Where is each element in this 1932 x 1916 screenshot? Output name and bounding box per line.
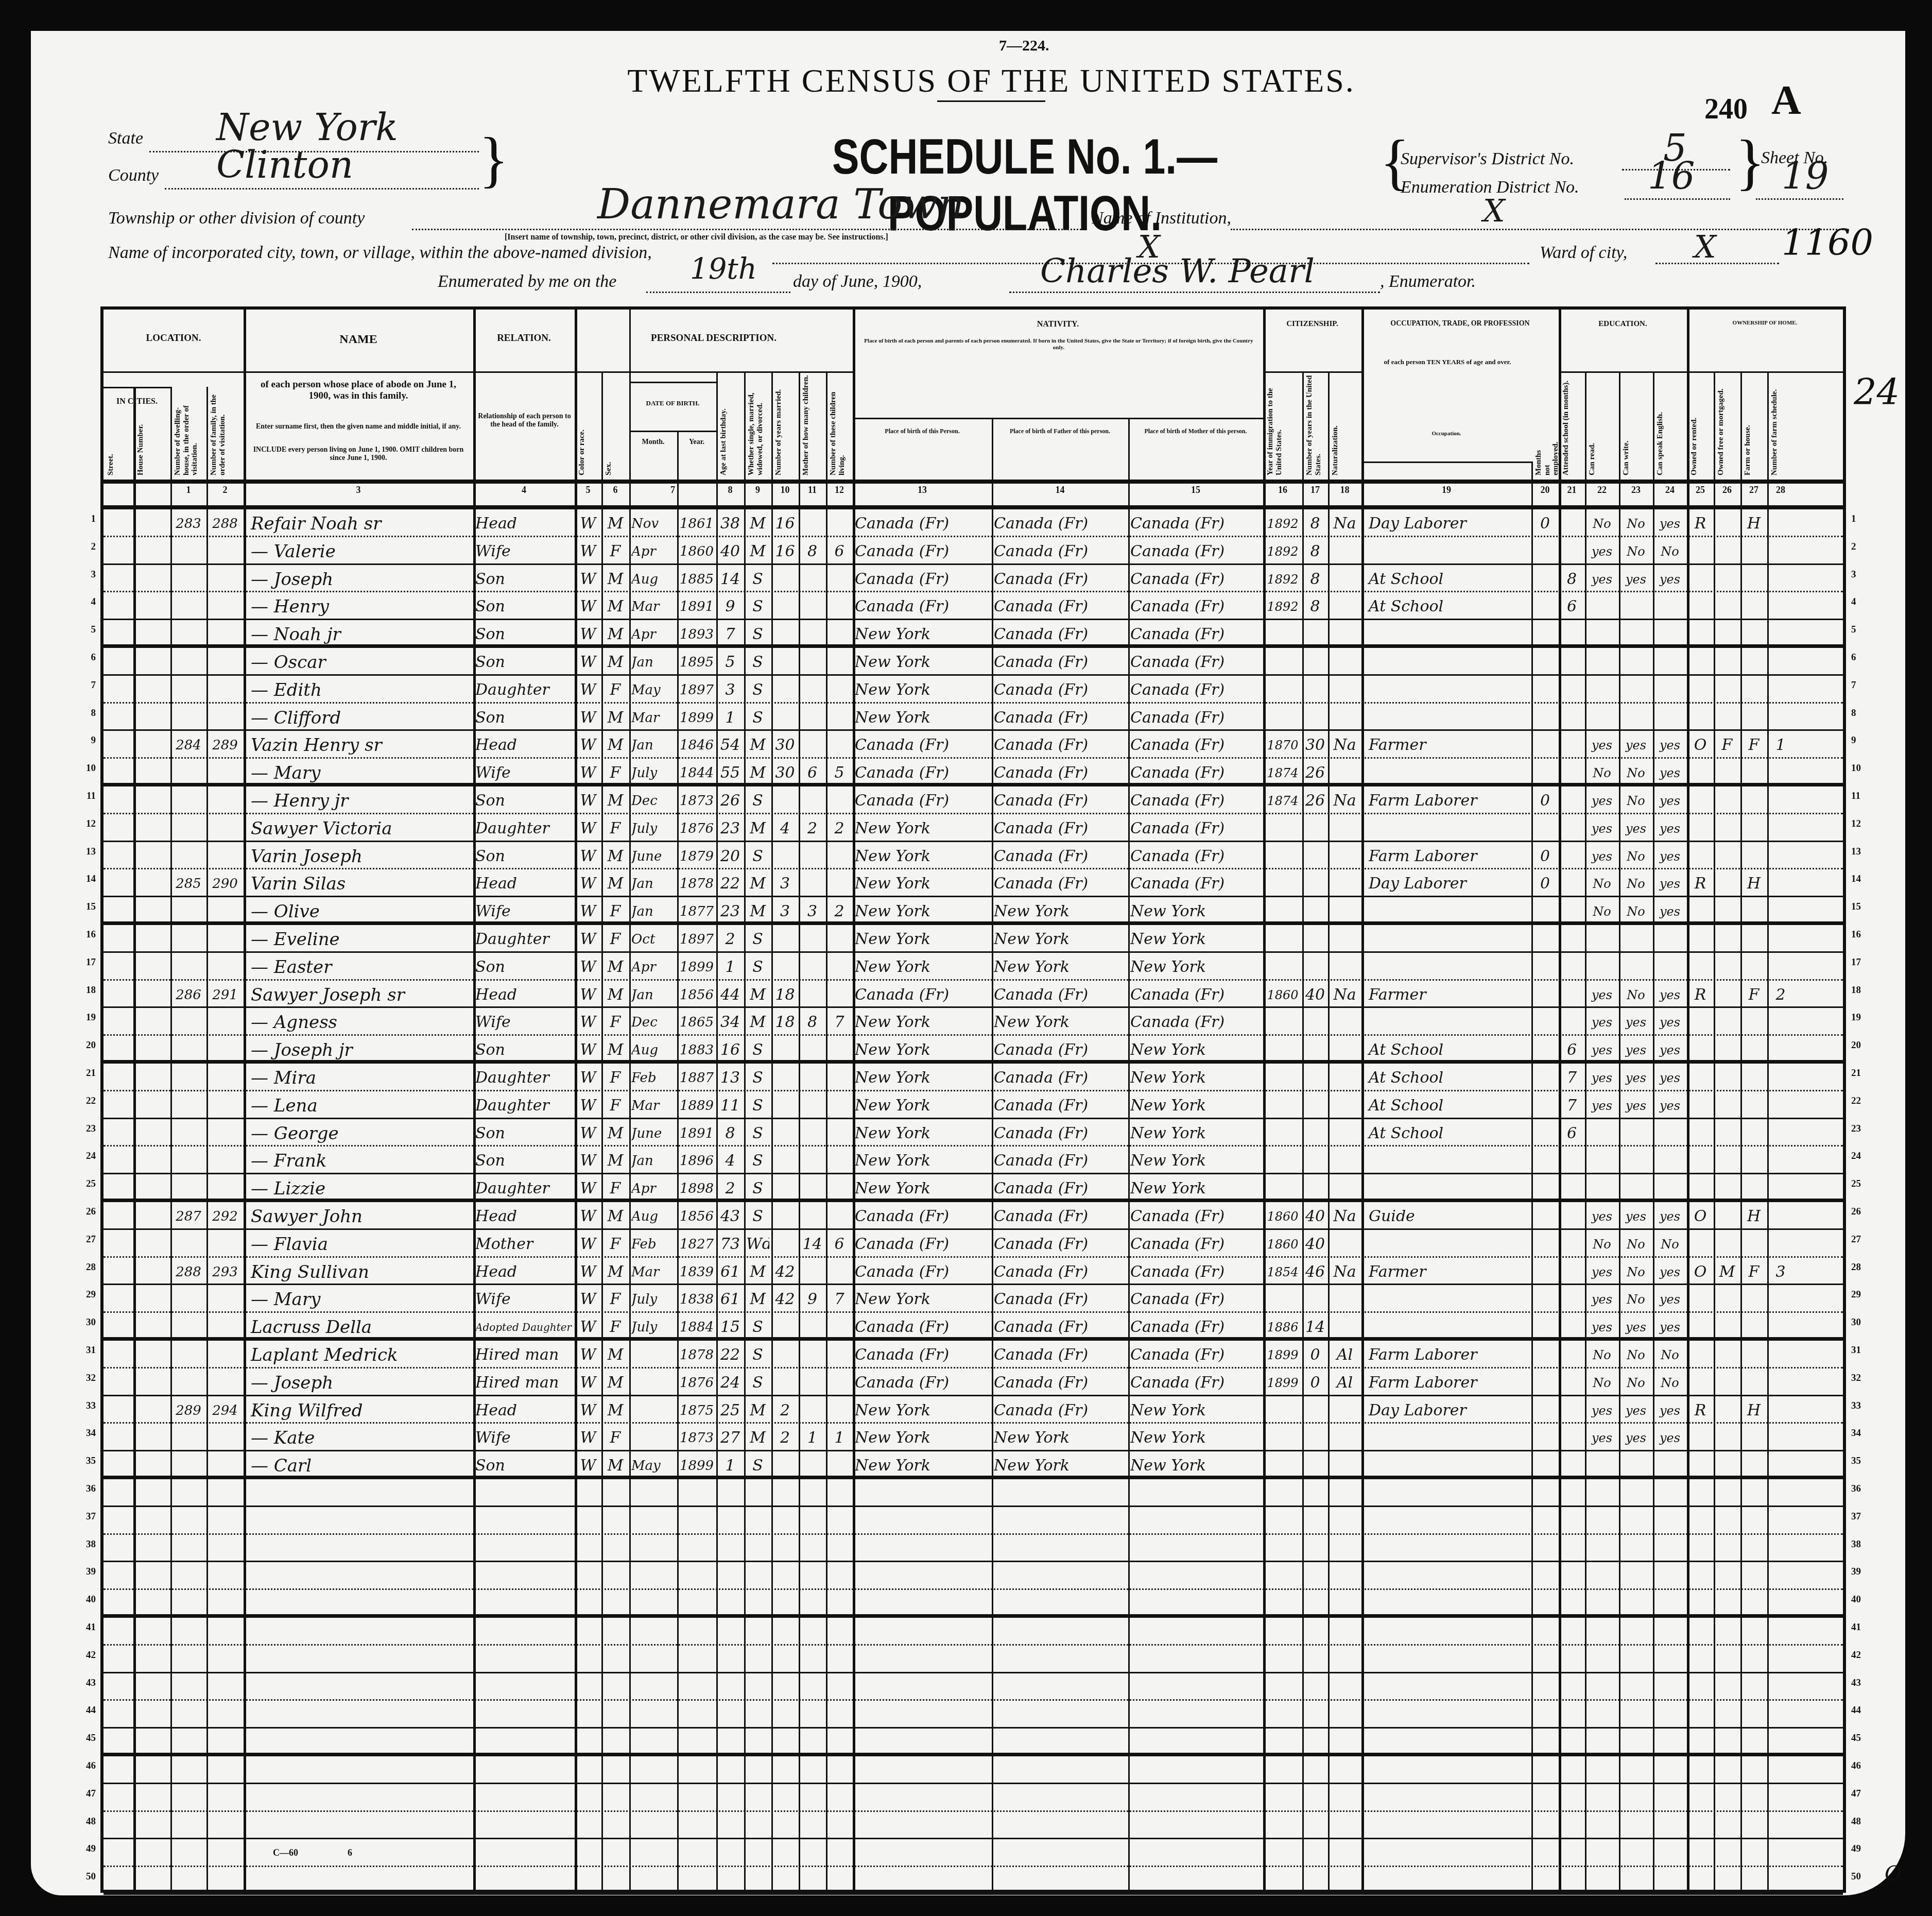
cell-pobm[interactable]: Canada (Fr) (1130, 1344, 1261, 1366)
cell-age[interactable]: 3 (718, 679, 742, 702)
cell-fm[interactable] (1716, 1316, 1738, 1339)
cell-age[interactable]: 1 (718, 1455, 742, 1477)
cell-fh[interactable]: H (1743, 1399, 1765, 1422)
cell-eng[interactable]: yes (1655, 845, 1685, 868)
cell-fam[interactable] (209, 1094, 242, 1117)
cell-yus[interactable] (1304, 1011, 1326, 1034)
cell-ym[interactable]: 3 (773, 873, 797, 895)
cell-cl[interactable]: 2 (828, 900, 851, 923)
cell-mo[interactable] (631, 1344, 675, 1366)
cell-col[interactable]: W (577, 595, 599, 618)
cell-fs[interactable] (1769, 1316, 1792, 1339)
cell-read[interactable] (1587, 1177, 1617, 1200)
cell-sch[interactable]: 7 (1561, 1094, 1583, 1117)
cell-read[interactable]: yes (1587, 845, 1617, 868)
cell-fm[interactable] (1716, 762, 1738, 784)
cell-fam[interactable]: 291 (209, 984, 242, 1006)
cell-yus[interactable]: 0 (1304, 1372, 1326, 1394)
cell-eng[interactable]: yes (1655, 1039, 1685, 1062)
cell-fm[interactable]: F (1716, 734, 1738, 757)
cell-age[interactable]: 54 (718, 734, 742, 757)
cell-col[interactable]: W (577, 1372, 599, 1394)
cell-occ[interactable]: Farm Laborer (1364, 1344, 1534, 1366)
cell-pob[interactable]: New York (855, 956, 990, 979)
cell-ym[interactable]: 3 (773, 900, 797, 923)
cell-dw[interactable] (173, 845, 204, 868)
cell-imm[interactable]: 1892 (1265, 512, 1300, 535)
cell-unemp[interactable] (1533, 707, 1557, 729)
cell-fam[interactable] (209, 651, 242, 674)
cell-rel[interactable]: Daughter (475, 928, 573, 951)
cell-sch[interactable] (1561, 1372, 1583, 1394)
cell-write[interactable]: yes (1621, 1094, 1651, 1117)
cell-cl[interactable]: 5 (828, 762, 851, 784)
cell-dw[interactable]: 283 (173, 512, 204, 535)
cell-nat[interactable]: Na (1330, 734, 1359, 757)
cell-ms[interactable]: S (746, 1039, 769, 1062)
cell-own[interactable] (1689, 928, 1712, 951)
cell-fs[interactable] (1769, 595, 1792, 618)
cell-fam[interactable] (209, 762, 242, 784)
cell-ym[interactable]: 16 (773, 512, 797, 535)
cell-cl[interactable] (828, 790, 851, 812)
cell-ms[interactable]: S (746, 595, 769, 618)
cell-pobf[interactable]: Canada (Fr) (994, 1177, 1126, 1200)
cell-fam[interactable] (209, 1372, 242, 1394)
cell-age[interactable]: 73 (718, 1233, 742, 1256)
cell-eng[interactable]: yes (1655, 568, 1685, 591)
cell-pobf[interactable]: Canada (Fr) (994, 1372, 1126, 1394)
cell-fam[interactable] (209, 1067, 242, 1089)
cell-fh[interactable] (1743, 817, 1765, 840)
cell-pobm[interactable]: New York (1130, 956, 1261, 979)
cell-own[interactable] (1689, 790, 1712, 812)
cell-ch[interactable] (801, 651, 824, 674)
cell-sex[interactable]: F (603, 1094, 627, 1117)
cell-fh[interactable] (1743, 1039, 1765, 1062)
cell-ch[interactable] (801, 707, 824, 729)
cell-yr[interactable]: 1860 (679, 540, 714, 563)
cell-pobf[interactable]: Canada (Fr) (994, 540, 1126, 563)
cell-dw[interactable] (173, 1011, 204, 1034)
cell-pobm[interactable]: Canada (Fr) (1130, 1261, 1261, 1284)
cell-unemp[interactable] (1533, 762, 1557, 784)
cell-write[interactable] (1621, 1177, 1651, 1200)
cell-pobm[interactable]: New York (1130, 1399, 1261, 1422)
cell-yus[interactable] (1304, 1399, 1326, 1422)
cell-read[interactable]: yes (1587, 1427, 1617, 1449)
cell-unemp[interactable] (1533, 623, 1557, 646)
cell-cl[interactable]: 2 (828, 817, 851, 840)
cell-read[interactable] (1587, 595, 1617, 618)
cell-occ[interactable] (1364, 1427, 1534, 1449)
cell-own[interactable] (1689, 1122, 1712, 1145)
cell-ym[interactable] (773, 595, 797, 618)
cell-ym[interactable]: 42 (773, 1288, 797, 1311)
cell-fam[interactable] (209, 1288, 242, 1311)
cell-sch[interactable] (1561, 1233, 1583, 1256)
cell-rel[interactable]: Wife (475, 1288, 573, 1311)
cell-nat[interactable] (1330, 1427, 1359, 1449)
cell-fm[interactable] (1716, 512, 1738, 535)
cell-mo[interactable]: July (631, 762, 675, 784)
cell-sex[interactable]: F (603, 928, 627, 951)
cell-pobm[interactable]: Canada (Fr) (1130, 1372, 1261, 1394)
cell-write[interactable]: No (1621, 845, 1651, 868)
cell-sch[interactable] (1561, 707, 1583, 729)
cell-imm[interactable] (1265, 1067, 1300, 1089)
cell-fs[interactable] (1769, 623, 1792, 646)
cell-col[interactable]: W (577, 900, 599, 923)
cell-sex[interactable]: M (603, 956, 627, 979)
cell-mo[interactable]: Apr (631, 540, 675, 563)
cell-pobf[interactable]: Canada (Fr) (994, 1316, 1126, 1339)
cell-sch[interactable]: 6 (1561, 595, 1583, 618)
cell-fs[interactable] (1769, 956, 1792, 979)
cell-eng[interactable]: No (1655, 1344, 1685, 1366)
cell-sex[interactable]: M (603, 873, 627, 895)
cell-rel[interactable]: Son (475, 1122, 573, 1145)
cell-occ[interactable] (1364, 1233, 1534, 1256)
cell-occ[interactable] (1364, 1177, 1534, 1200)
cell-fs[interactable] (1769, 540, 1792, 563)
cell-fam[interactable] (209, 956, 242, 979)
cell-nat[interactable] (1330, 845, 1359, 868)
cell-fh[interactable] (1743, 928, 1765, 951)
cell-sex[interactable]: M (603, 1122, 627, 1145)
cell-write[interactable] (1621, 1122, 1651, 1145)
cell-fs[interactable] (1769, 1455, 1792, 1477)
cell-dw[interactable] (173, 1177, 204, 1200)
cell-fm[interactable] (1716, 1150, 1738, 1172)
cell-write[interactable] (1621, 956, 1651, 979)
cell-fh[interactable] (1743, 1094, 1765, 1117)
cell-mo[interactable]: Jan (631, 651, 675, 674)
cell-yr[interactable]: 1876 (679, 1372, 714, 1394)
cell-age[interactable]: 22 (718, 1344, 742, 1366)
cell-fm[interactable] (1716, 1233, 1738, 1256)
cell-col[interactable]: W (577, 762, 599, 784)
cell-fam[interactable] (209, 1427, 242, 1449)
cell-pobf[interactable]: Canada (Fr) (994, 1150, 1126, 1172)
cell-mo[interactable]: Aug (631, 1205, 675, 1228)
cell-cl[interactable] (828, 1122, 851, 1145)
cell-fs[interactable] (1769, 568, 1792, 591)
cell-ym[interactable] (773, 928, 797, 951)
cell-own[interactable] (1689, 540, 1712, 563)
cell-age[interactable]: 22 (718, 873, 742, 895)
cell-write[interactable]: No (1621, 1233, 1651, 1256)
cell-own[interactable] (1689, 1288, 1712, 1311)
cell-sch[interactable] (1561, 1261, 1583, 1284)
cell-mo[interactable]: Jan (631, 900, 675, 923)
cell-write[interactable] (1621, 651, 1651, 674)
cell-pobf[interactable]: Canada (Fr) (994, 873, 1126, 895)
cell-ms[interactable]: S (746, 679, 769, 702)
cell-sex[interactable]: F (603, 1288, 627, 1311)
cell-rel[interactable]: Head (475, 1261, 573, 1284)
cell-dw[interactable]: 289 (173, 1399, 204, 1422)
cell-eng[interactable]: yes (1655, 817, 1685, 840)
cell-cl[interactable] (828, 595, 851, 618)
cell-imm[interactable] (1265, 1455, 1300, 1477)
cell-name[interactable]: — Clifford (246, 707, 476, 729)
cell-yus[interactable]: 46 (1304, 1261, 1326, 1284)
cell-pobf[interactable]: Canada (Fr) (994, 1205, 1126, 1228)
cell-ch[interactable] (801, 512, 824, 535)
cell-sex[interactable]: M (603, 1399, 627, 1422)
cell-yr[interactable]: 1895 (679, 651, 714, 674)
cell-fm[interactable] (1716, 595, 1738, 618)
cell-yr[interactable]: 1879 (679, 845, 714, 868)
cell-ym[interactable] (773, 1344, 797, 1366)
cell-col[interactable]: W (577, 845, 599, 868)
cell-unemp[interactable] (1533, 1233, 1557, 1256)
cell-own[interactable] (1689, 679, 1712, 702)
cell-fs[interactable] (1769, 1233, 1792, 1256)
cell-eng[interactable]: yes (1655, 1094, 1685, 1117)
cell-fm[interactable] (1716, 1205, 1738, 1228)
cell-occ[interactable] (1364, 679, 1534, 702)
cell-cl[interactable]: 1 (828, 1427, 851, 1449)
cell-read[interactable]: No (1587, 1233, 1617, 1256)
cell-write[interactable]: yes (1621, 1011, 1651, 1034)
cell-sex[interactable]: M (603, 1455, 627, 1477)
cell-rel[interactable]: Son (475, 623, 573, 646)
cell-ms[interactable]: S (746, 623, 769, 646)
cell-unemp[interactable] (1533, 651, 1557, 674)
cell-pobm[interactable]: Canada (Fr) (1130, 568, 1261, 591)
cell-age[interactable]: 1 (718, 956, 742, 979)
cell-age[interactable]: 7 (718, 623, 742, 646)
cell-pobf[interactable]: Canada (Fr) (994, 790, 1126, 812)
cell-sch[interactable] (1561, 1150, 1583, 1172)
cell-fs[interactable] (1769, 679, 1792, 702)
cell-sch[interactable] (1561, 900, 1583, 923)
cell-write[interactable]: yes (1621, 734, 1651, 757)
cell-cl[interactable] (828, 845, 851, 868)
cell-rel[interactable]: Daughter (475, 1067, 573, 1089)
cell-name[interactable]: Varin Silas (246, 873, 476, 895)
cell-pobf[interactable]: New York (994, 1455, 1126, 1477)
cell-ms[interactable]: M (746, 540, 769, 563)
cell-yr[interactable]: 1899 (679, 707, 714, 729)
cell-read[interactable] (1587, 1122, 1617, 1145)
cell-name[interactable]: Varin Joseph (246, 845, 476, 868)
cell-fam[interactable] (209, 1122, 242, 1145)
cell-col[interactable]: W (577, 1177, 599, 1200)
cell-fm[interactable] (1716, 1039, 1738, 1062)
cell-fam[interactable] (209, 568, 242, 591)
cell-nat[interactable] (1330, 595, 1359, 618)
enumerated-day[interactable]: 19th (690, 252, 757, 286)
cell-nat[interactable] (1330, 623, 1359, 646)
cell-occ[interactable] (1364, 623, 1534, 646)
cell-ch[interactable]: 8 (801, 1011, 824, 1034)
cell-pobm[interactable]: Canada (Fr) (1130, 679, 1261, 702)
cell-yr[interactable]: 1873 (679, 790, 714, 812)
cell-eng[interactable]: yes (1655, 1205, 1685, 1228)
cell-unemp[interactable] (1533, 1039, 1557, 1062)
cell-dw[interactable] (173, 1150, 204, 1172)
cell-occ[interactable] (1364, 1455, 1534, 1477)
cell-pob[interactable]: New York (855, 623, 990, 646)
cell-read[interactable]: yes (1587, 1094, 1617, 1117)
cell-write[interactable] (1621, 623, 1651, 646)
cell-pobm[interactable]: Canada (Fr) (1130, 762, 1261, 784)
cell-dw[interactable] (173, 817, 204, 840)
cell-fam[interactable] (209, 928, 242, 951)
cell-sex[interactable]: F (603, 817, 627, 840)
cell-occ[interactable]: Farm Laborer (1364, 790, 1534, 812)
cell-name[interactable]: — Mira (246, 1067, 476, 1089)
cell-fam[interactable]: 288 (209, 512, 242, 535)
cell-unemp[interactable] (1533, 1150, 1557, 1172)
cell-imm[interactable] (1265, 707, 1300, 729)
cell-fm[interactable] (1716, 651, 1738, 674)
cell-yus[interactable]: 40 (1304, 1205, 1326, 1228)
cell-pobf[interactable]: Canada (Fr) (994, 623, 1126, 646)
cell-yus[interactable] (1304, 1427, 1326, 1449)
cell-fh[interactable] (1743, 1177, 1765, 1200)
cell-yr[interactable]: 1877 (679, 900, 714, 923)
cell-name[interactable]: Sawyer Victoria (246, 817, 476, 840)
cell-fh[interactable] (1743, 762, 1765, 784)
cell-imm[interactable] (1265, 1177, 1300, 1200)
cell-dw[interactable] (173, 1372, 204, 1394)
cell-eng[interactable]: yes (1655, 1261, 1685, 1284)
cell-name[interactable]: — Eveline (246, 928, 476, 951)
cell-sch[interactable] (1561, 1316, 1583, 1339)
cell-name[interactable]: — Edith (246, 679, 476, 702)
cell-unemp[interactable] (1533, 1288, 1557, 1311)
cell-pobm[interactable]: New York (1130, 1039, 1261, 1062)
cell-name[interactable]: — Flavia (246, 1233, 476, 1256)
cell-pob[interactable]: New York (855, 1094, 990, 1117)
cell-mo[interactable]: Mar (631, 707, 675, 729)
cell-read[interactable] (1587, 956, 1617, 979)
township-value[interactable]: Dannemara Town (597, 180, 964, 228)
cell-pobm[interactable]: New York (1130, 1094, 1261, 1117)
cell-ym[interactable] (773, 845, 797, 868)
cell-yus[interactable] (1304, 900, 1326, 923)
cell-eng[interactable]: yes (1655, 762, 1685, 784)
cell-imm[interactable]: 1886 (1265, 1316, 1300, 1339)
cell-name[interactable]: Sawyer John (246, 1205, 476, 1228)
cell-ms[interactable]: S (746, 928, 769, 951)
cell-eng[interactable] (1655, 1177, 1685, 1200)
cell-ym[interactable] (773, 1372, 797, 1394)
cell-sch[interactable] (1561, 540, 1583, 563)
cell-fs[interactable] (1769, 512, 1792, 535)
cell-own[interactable]: R (1689, 1399, 1712, 1422)
cell-fam[interactable]: 290 (209, 873, 242, 895)
cell-nat[interactable] (1330, 762, 1359, 784)
cell-pob[interactable]: New York (855, 1427, 990, 1449)
cell-sch[interactable] (1561, 1288, 1583, 1311)
cell-nat[interactable] (1330, 873, 1359, 895)
cell-cl[interactable] (828, 512, 851, 535)
cell-fs[interactable] (1769, 1344, 1792, 1366)
cell-imm[interactable] (1265, 1288, 1300, 1311)
cell-dw[interactable] (173, 1067, 204, 1089)
cell-fh[interactable] (1743, 679, 1765, 702)
cell-col[interactable]: W (577, 1150, 599, 1172)
cell-fs[interactable] (1769, 1067, 1792, 1089)
cell-ms[interactable]: S (746, 1205, 769, 1228)
cell-name[interactable]: Lacruss Della (246, 1316, 476, 1339)
cell-yr[interactable]: 1891 (679, 1122, 714, 1145)
cell-fs[interactable] (1769, 1288, 1792, 1311)
cell-pob[interactable]: New York (855, 707, 990, 729)
cell-yus[interactable] (1304, 1122, 1326, 1145)
cell-yr[interactable]: 1827 (679, 1233, 714, 1256)
cell-ym[interactable]: 30 (773, 734, 797, 757)
cell-rel[interactable]: Son (475, 568, 573, 591)
cell-dw[interactable] (173, 679, 204, 702)
cell-rel[interactable]: Son (475, 790, 573, 812)
cell-own[interactable] (1689, 817, 1712, 840)
cell-occ[interactable] (1364, 817, 1534, 840)
cell-ch[interactable] (801, 845, 824, 868)
cell-rel[interactable]: Son (475, 651, 573, 674)
cell-yus[interactable] (1304, 1067, 1326, 1089)
cell-fam[interactable]: 289 (209, 734, 242, 757)
cell-yr[interactable]: 1876 (679, 817, 714, 840)
cell-cl[interactable] (828, 679, 851, 702)
cell-own[interactable] (1689, 900, 1712, 923)
cell-fm[interactable] (1716, 1288, 1738, 1311)
cell-ym[interactable]: 42 (773, 1261, 797, 1284)
cell-eng[interactable]: yes (1655, 1316, 1685, 1339)
cell-col[interactable]: W (577, 1067, 599, 1089)
cell-yus[interactable] (1304, 1455, 1326, 1477)
cell-pobf[interactable]: Canada (Fr) (994, 707, 1126, 729)
cell-yus[interactable] (1304, 1177, 1326, 1200)
cell-ch[interactable] (801, 623, 824, 646)
cell-age[interactable]: 23 (718, 817, 742, 840)
cell-own[interactable] (1689, 1316, 1712, 1339)
cell-age[interactable]: 61 (718, 1261, 742, 1284)
cell-pobf[interactable]: Canada (Fr) (994, 734, 1126, 757)
cell-pobm[interactable]: Canada (Fr) (1130, 707, 1261, 729)
cell-own[interactable] (1689, 762, 1712, 784)
cell-unemp[interactable] (1533, 1094, 1557, 1117)
cell-col[interactable]: W (577, 1094, 599, 1117)
cell-fs[interactable] (1769, 1150, 1792, 1172)
cell-occ[interactable]: Farmer (1364, 1261, 1534, 1284)
cell-pobm[interactable]: Canada (Fr) (1130, 1288, 1261, 1311)
cell-pob[interactable]: Canada (Fr) (855, 762, 990, 784)
cell-fs[interactable] (1769, 1399, 1792, 1422)
cell-sex[interactable]: M (603, 1261, 627, 1284)
cell-ms[interactable]: S (746, 1344, 769, 1366)
cell-nat[interactable] (1330, 1316, 1359, 1339)
cell-col[interactable]: W (577, 956, 599, 979)
cell-rel[interactable]: Son (475, 1039, 573, 1062)
cell-col[interactable]: W (577, 790, 599, 812)
cell-imm[interactable]: 1870 (1265, 734, 1300, 757)
cell-fam[interactable] (209, 900, 242, 923)
cell-sch[interactable] (1561, 1455, 1583, 1477)
cell-rel[interactable]: Daughter (475, 679, 573, 702)
cell-eng[interactable] (1655, 928, 1685, 951)
cell-yr[interactable]: 1897 (679, 679, 714, 702)
cell-sch[interactable]: 7 (1561, 1067, 1583, 1089)
cell-fm[interactable] (1716, 873, 1738, 895)
cell-age[interactable]: 27 (718, 1427, 742, 1449)
cell-imm[interactable] (1265, 845, 1300, 868)
